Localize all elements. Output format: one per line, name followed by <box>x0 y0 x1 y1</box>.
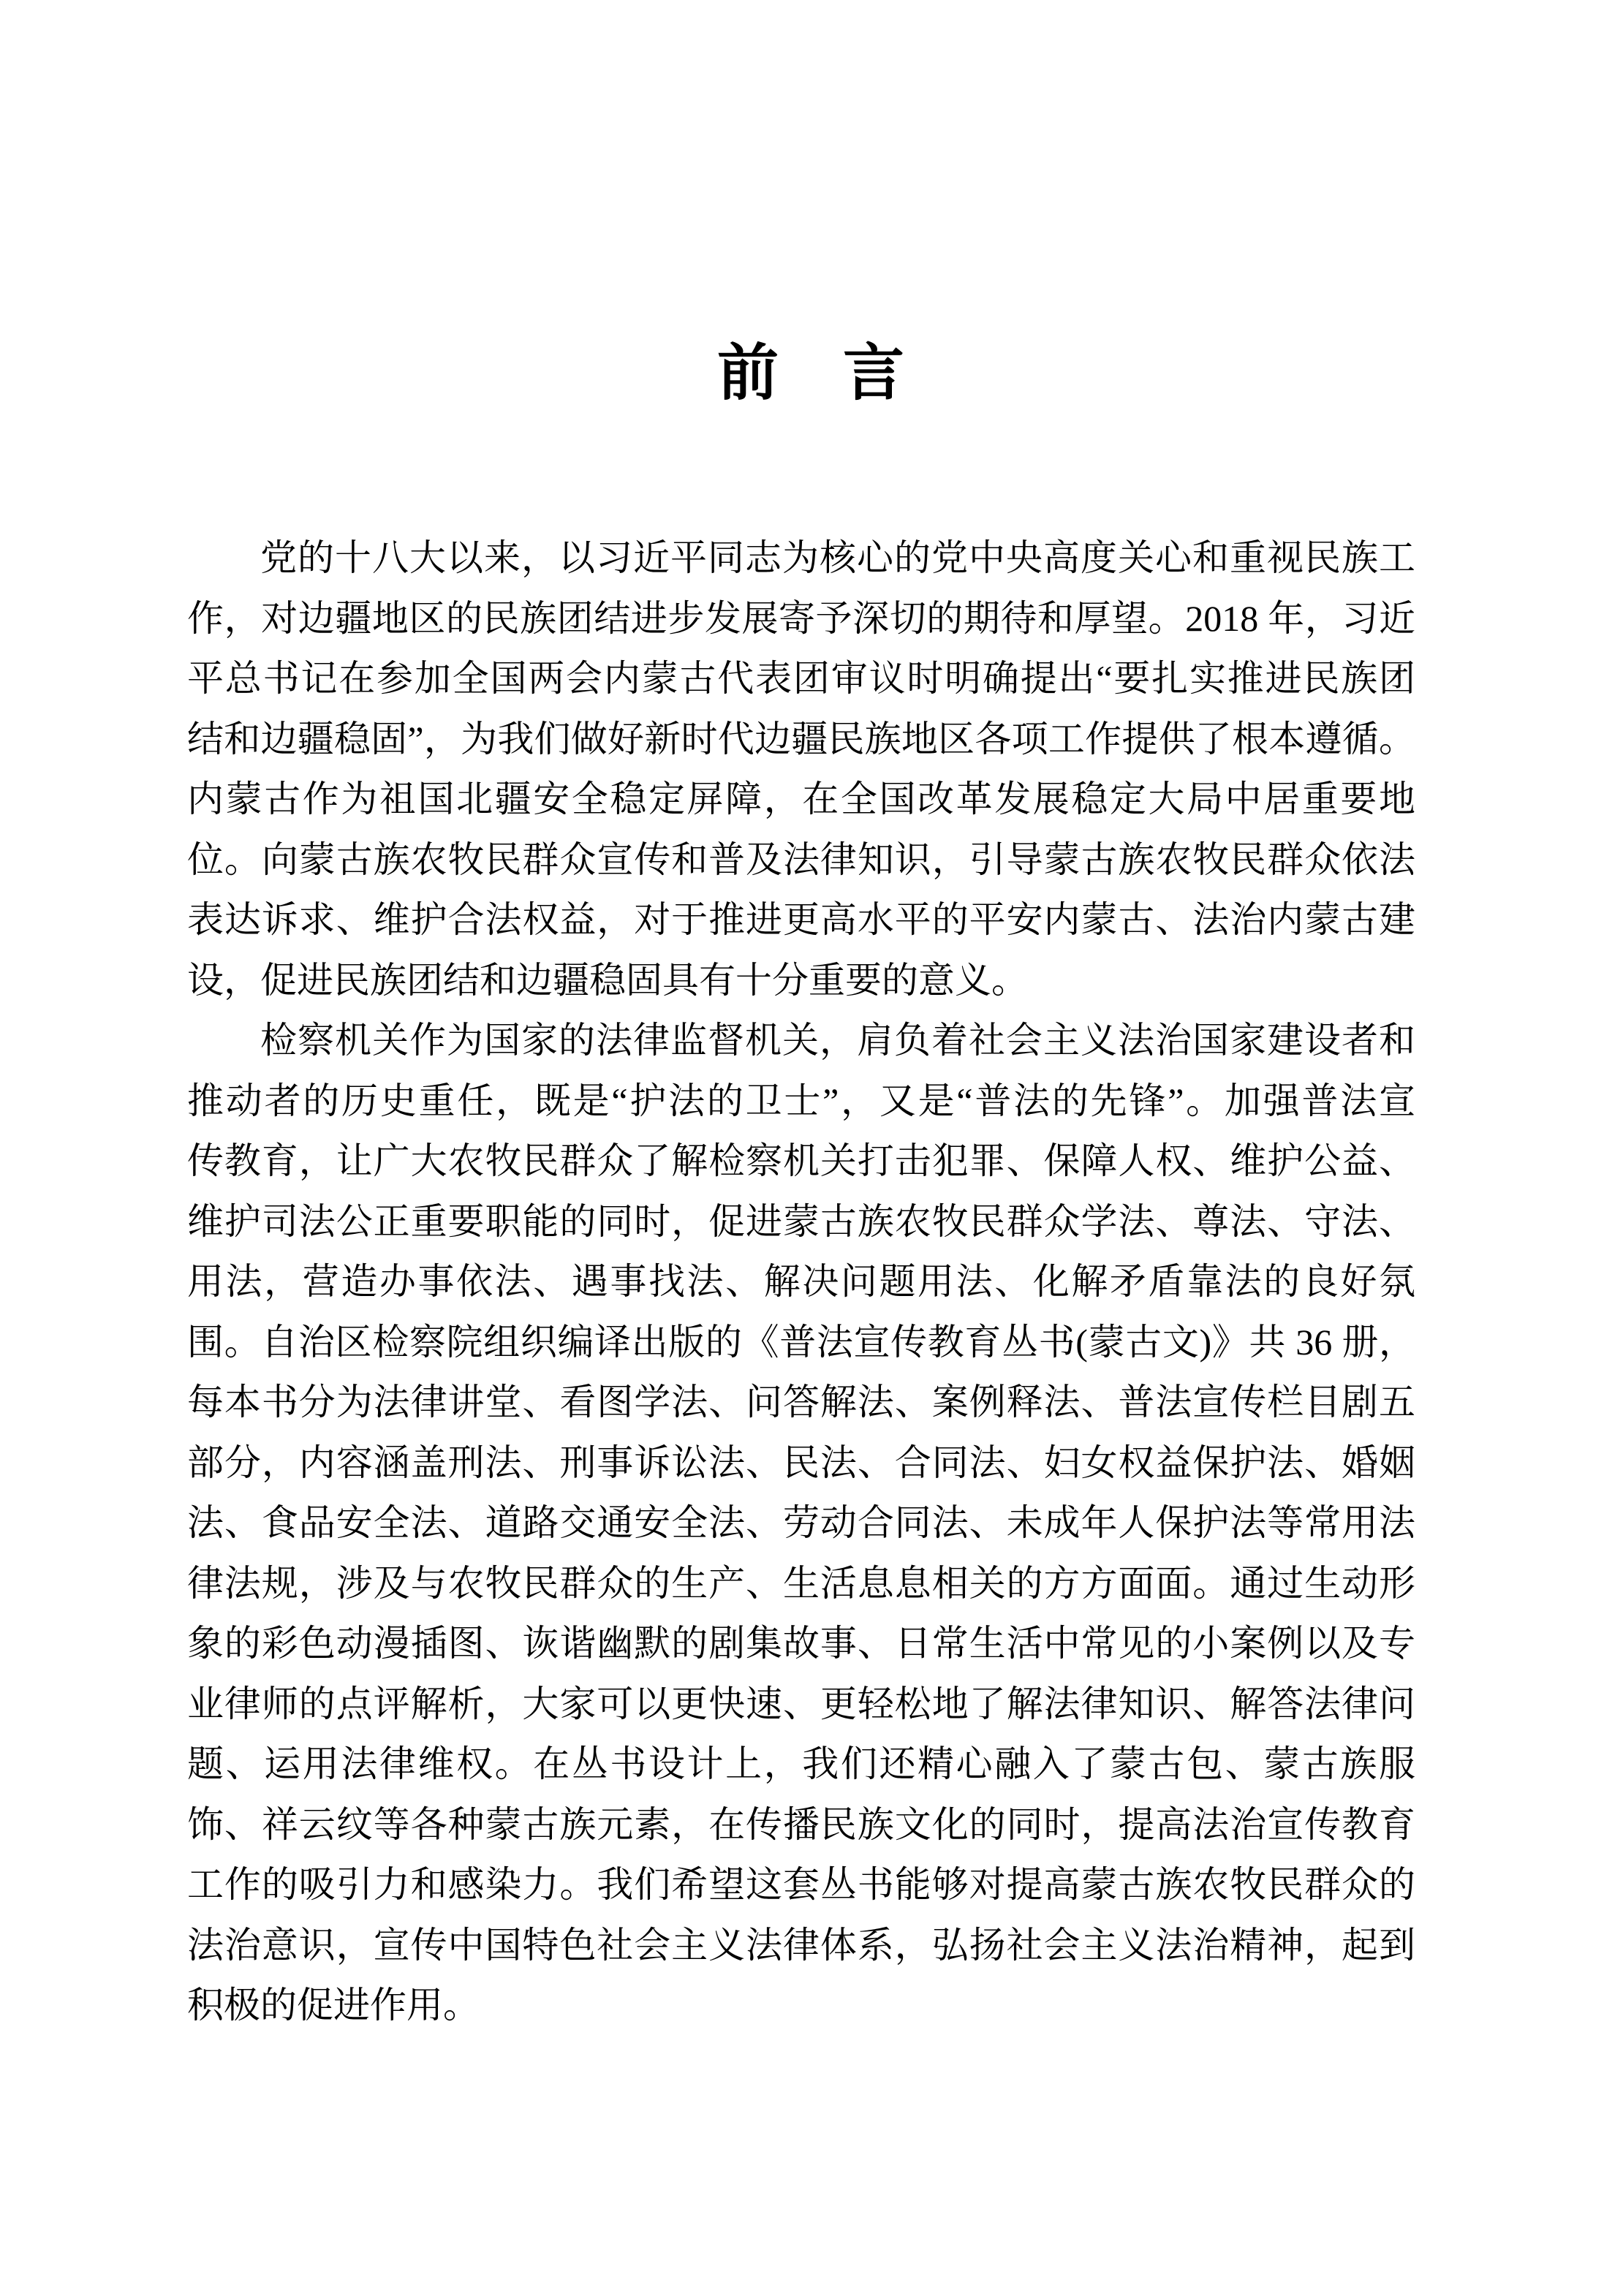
text-line: 围。自治区检察院组织编译出版的《普法宣传教育丛书(蒙古文)》共 36 册， <box>187 1312 1415 1373</box>
text-line: 象的彩色动漫插图、诙谐幽默的剧集故事、日常生活中常见的小案例以及专 <box>187 1613 1415 1674</box>
paragraph-2: 检察机关作为国家的法律监督机关，肩负着社会主义法治国家建设者和 推动者的历史重任… <box>187 1010 1415 2036</box>
text-line: 积极的促进作用。 <box>187 1975 1415 2036</box>
text-line: 题、运用法律维权。在丛书设计上，我们还精心融入了蒙古包、蒙古族服 <box>187 1734 1415 1795</box>
page-title: 前 言 <box>0 342 1623 406</box>
text-line: 维护司法公正重要职能的同时，促进蒙古族农牧民群众学法、尊法、守法、 <box>187 1191 1415 1252</box>
text-line: 设，促进民族团结和边疆稳固具有十分重要的意义。 <box>187 950 1415 1011</box>
paragraph-1: 党的十八大以来，以习近平同志为核心的党中央高度关心和重视民族工 作，对边疆地区的… <box>187 528 1415 1010</box>
text-line: 表达诉求、维护合法权益，对于推进更高水平的平安内蒙古、法治内蒙古建 <box>187 890 1415 950</box>
text-line: 业律师的点评解析，大家可以更快速、更轻松地了解法律知识、解答法律问 <box>187 1674 1415 1735</box>
text-line: 工作的吸引力和感染力。我们希望这套丛书能够对提高蒙古族农牧民群众的 <box>187 1854 1415 1915</box>
text-line: 结和边疆稳固”，为我们做好新时代边疆民族地区各项工作提供了根本遵循。 <box>187 709 1415 770</box>
text-line: 党的十八大以来，以习近平同志为核心的党中央高度关心和重视民族工 <box>187 528 1415 588</box>
text-line: 法治意识，宣传中国特色社会主义法律体系，弘扬社会主义法治精神，起到 <box>187 1915 1415 1976</box>
preface-page: 前 言 党的十八大以来，以习近平同志为核心的党中央高度关心和重视民族工 作，对边… <box>0 0 1623 2296</box>
text-line: 检察机关作为国家的法律监督机关，肩负着社会主义法治国家建设者和 <box>187 1010 1415 1071</box>
text-line: 推动者的历史重任，既是“护法的卫士”，又是“普法的先锋”。加强普法宣 <box>187 1071 1415 1132</box>
text-line: 位。向蒙古族农牧民群众宣传和普及法律知识，引导蒙古族农牧民群众依法 <box>187 830 1415 890</box>
text-line: 律法规，涉及与农牧民群众的生产、生活息息相关的方方面面。通过生动形 <box>187 1553 1415 1614</box>
text-line: 每本书分为法律讲堂、看图学法、问答解法、案例释法、普法宣传栏目剧五 <box>187 1372 1415 1433</box>
text-line: 饰、祥云纹等各种蒙古族元素，在传播民族文化的同时，提高法治宣传教育 <box>187 1795 1415 1855</box>
text-line: 平总书记在参加全国两会内蒙古代表团审议时明确提出“要扎实推进民族团 <box>187 648 1415 709</box>
text-line: 传教育，让广大农牧民群众了解检察机关打击犯罪、保障人权、维护公益、 <box>187 1131 1415 1191</box>
preface-body: 党的十八大以来，以习近平同志为核心的党中央高度关心和重视民族工 作，对边疆地区的… <box>187 528 1415 2036</box>
text-line: 法、食品安全法、道路交通安全法、劳动合同法、未成年人保护法等常用法 <box>187 1493 1415 1553</box>
text-line: 作，对边疆地区的民族团结进步发展寄予深切的期待和厚望。2018 年，习近 <box>187 588 1415 649</box>
text-line: 用法，营造办事依法、遇事找法、解决问题用法、化解矛盾靠法的良好氛 <box>187 1251 1415 1312</box>
text-line: 内蒙古作为祖国北疆安全稳定屏障，在全国改革发展稳定大局中居重要地 <box>187 769 1415 830</box>
text-line: 部分，内容涵盖刑法、刑事诉讼法、民法、合同法、妇女权益保护法、婚姻 <box>187 1433 1415 1493</box>
